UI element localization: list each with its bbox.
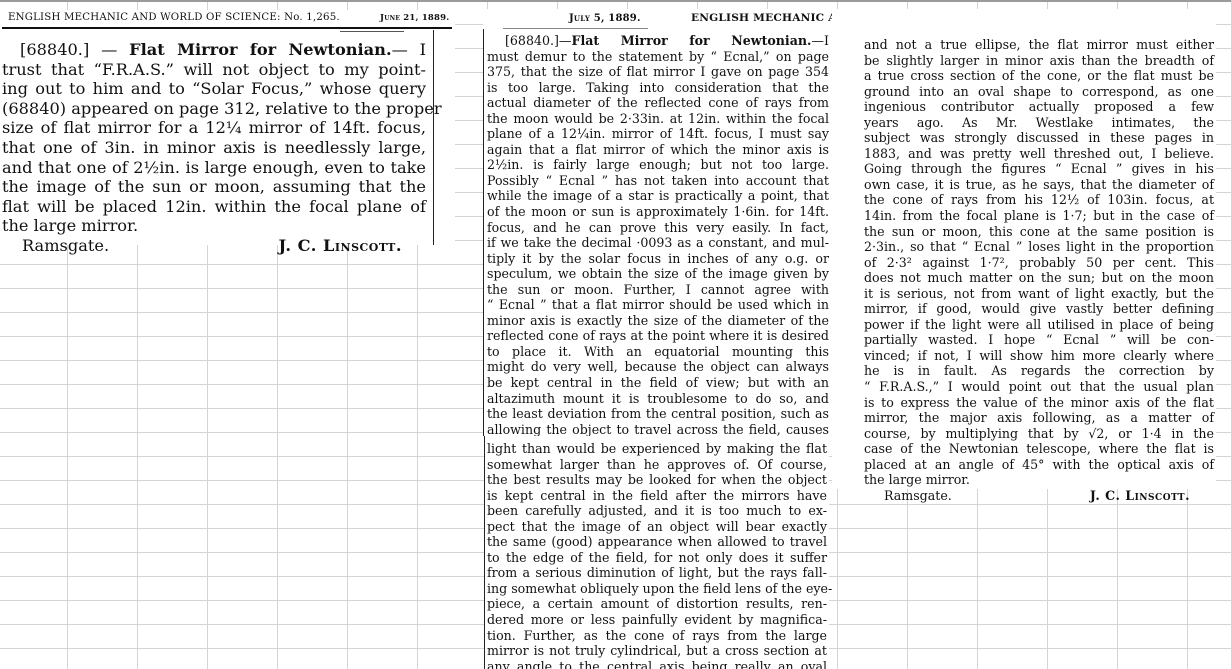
column-divider <box>483 29 484 436</box>
text-line: power if the light were all utilised in … <box>864 317 1214 333</box>
text-line: 2½in. is fairly large enough; but not to… <box>487 157 829 173</box>
text-line: light than would be experienced by makin… <box>487 441 827 457</box>
text-line: tion. Further, as the cone of rays from … <box>487 628 827 644</box>
text-line: while the image of a star is practically… <box>487 188 829 204</box>
text-line: the sun or moon. Further, I cannot agree… <box>487 282 829 298</box>
text-line: dered more or less painfully evident by … <box>487 612 827 628</box>
text-line: 14in. from the focal plane is 1·7; but i… <box>864 208 1214 224</box>
text-line: a true cross section of the cone, or the… <box>864 68 1214 84</box>
letter-number: [68840.] — <box>20 40 129 59</box>
issue-date: July 5, 1889. <box>569 13 641 24</box>
text-line: ingenious contributor actually proposed … <box>864 99 1214 115</box>
newspaper-clipping-july-5-part-2: light than would be experienced by makin… <box>484 436 829 669</box>
text-line: been carefully adjusted, and it is too m… <box>487 503 827 519</box>
text-line: subject was strongly discussed in these … <box>864 130 1214 146</box>
text-line: reflected cone of rays at the point wher… <box>487 328 829 344</box>
window-top-border <box>0 0 1231 2</box>
sender-location: Ramsgate. <box>2 236 109 256</box>
text-line: the moon would be 2·33in. at 12in. withi… <box>487 111 829 127</box>
text-line: mirror, if good, would give vastly bette… <box>864 301 1214 317</box>
header-rule <box>503 28 648 29</box>
text-line: vinced; if not, I will show him more cle… <box>864 348 1214 364</box>
newspaper-clipping-june-21: ENGLISH MECHANIC AND WORLD OF SCIENCE: N… <box>0 10 455 245</box>
text-line: again that a flat mirror of which the mi… <box>487 142 829 158</box>
text-line: to place it. With an equatorial mounting… <box>487 344 829 360</box>
text-line: “ F.R.A.S.,” I would point out that the … <box>864 379 1214 395</box>
letter-number: [68840.]— <box>505 33 572 48</box>
text-line: be kept central in the field of view; bu… <box>487 375 829 391</box>
text-line: somewhat larger than he approves of. Of … <box>487 457 827 473</box>
text-line: and that one of 2½in. is large enough, e… <box>2 158 426 178</box>
text-line: might do very well, because the object c… <box>487 359 829 375</box>
sender-name: J. C. Linscott. <box>278 236 426 256</box>
text-line: case of the Newtonian telescope, where t… <box>864 441 1214 457</box>
text-line: is to express the value of the minor axi… <box>864 395 1214 411</box>
text-line: size of flat mirror for a 12¼ mirror of … <box>2 118 426 138</box>
text-line: tiply it by the solar focus in inches of… <box>487 251 829 267</box>
text-line: is kept central in the field after the m… <box>487 488 827 504</box>
text-line: years ago. As Mr. Westlake intimates, th… <box>864 115 1214 131</box>
text-line: any angle to the central axis being real… <box>487 659 827 669</box>
column-divider <box>484 436 485 669</box>
text-line: the large mirror. <box>2 216 426 236</box>
text-line: and not a true ellipse, the flat mirror … <box>864 37 1214 53</box>
letter-body: [68840.]—Flat Mirror for Newtonian.—I mu… <box>487 33 829 453</box>
text-line: altazimuth mount it is troublesome to do… <box>487 391 829 407</box>
text-line: focus, and he can prove this very easily… <box>487 220 829 236</box>
text-line: the sun or moon, this cone at the same p… <box>864 224 1214 240</box>
text-line: mirror, the major axis following, as a m… <box>864 410 1214 426</box>
text-line: ing out to him and to “Solar Focus,” who… <box>2 79 426 99</box>
text-line: that one of 3in. in minor axis is needle… <box>2 138 426 158</box>
text-line: of 2·3² against 1·7², probably 50 per ce… <box>864 255 1214 271</box>
text-line: ing somewhat obliquely upon the field le… <box>487 581 827 597</box>
text-line: it is serious, not from want of light ex… <box>864 286 1214 302</box>
text-line: 2·3in., so that “ Ecnal ” loses light in… <box>864 239 1214 255</box>
text-line: be slightly larger in minor axis than th… <box>864 53 1214 69</box>
header-rule <box>2 27 452 29</box>
text-line: is too large. Taking into consideration … <box>487 80 829 96</box>
text-line: “ Ecnal ” that a flat mirror should be u… <box>487 297 829 313</box>
text-line: Going through the figures “ Ecnal ” give… <box>864 161 1214 177</box>
letter-title: Flat Mirror for Newtonian. <box>129 40 391 59</box>
sender-name: J. C. Linscott. <box>1090 488 1214 504</box>
header-rule-fragment <box>340 31 404 32</box>
text-line: placed at an angle of 45° with the optic… <box>864 457 1214 473</box>
text-line: 1883, and was pretty well threshed out, … <box>864 146 1214 162</box>
text-line: own case, it is true, as he says, that t… <box>864 177 1214 193</box>
letter-body-continued: and not a true ellipse, the flat mirror … <box>864 37 1214 503</box>
text-line: from a serious diminution of light, but … <box>487 565 827 581</box>
signature-line: Ramsgate. J. C. Linscott. <box>864 488 1214 504</box>
text-line: the image of the sun or moon, assuming t… <box>2 177 426 197</box>
text-line: does not much matter on the sun; but on … <box>864 270 1214 286</box>
text-line: course, by multiplying that by √2, or 1·… <box>864 426 1214 442</box>
text-line: (68840) appeared on page 312, relative t… <box>2 99 426 119</box>
text-line: ground into an oval shape to correspond,… <box>864 84 1214 100</box>
text-line: the large mirror. <box>864 472 1214 488</box>
text-line: of the moon or sun is approximately 1·6i… <box>487 204 829 220</box>
text-line: allowing the object to travel across the… <box>487 422 829 438</box>
text-line: if we take the decimal ·0093 as a consta… <box>487 235 829 251</box>
text-line: must demur to the statement by “ Ecnal,”… <box>487 49 829 65</box>
newspaper-clipping-july-5-part-1: July 5, 1889. ENGLISH MECHANIC AND WORLD… <box>483 9 833 436</box>
text-line: piece, a certain amount of distortion re… <box>487 596 827 612</box>
text-line: the cone of rays from his 12½ of 103in. … <box>864 192 1214 208</box>
sender-location: Ramsgate. <box>864 488 952 504</box>
newspaper-clipping-july-5-part-3: and not a true ellipse, the flat mirror … <box>832 9 1216 489</box>
text-line: the best results may be looked for when … <box>487 472 827 488</box>
text-line: to the edge of the field, for not only d… <box>487 550 827 566</box>
letter-heading: [68840.] — Flat Mirror for Newtonian.— I <box>2 40 426 60</box>
text-line: plane of a 12¼in. mirror of 14ft. focus,… <box>487 126 829 142</box>
text-line: trust that “F.R.A.S.” will not object to… <box>2 60 426 80</box>
text-line: the same (good) appearance when allowed … <box>487 534 827 550</box>
letter-title: Flat Mirror for Newtonian. <box>572 33 812 48</box>
text-line: mirror is not truly cylindrical, but a c… <box>487 643 827 659</box>
signature-line: Ramsgate. J. C. Linscott. <box>2 236 426 256</box>
text-line: partially wasted. I hope “ Ecnal ” will … <box>864 332 1214 348</box>
column-divider <box>433 30 434 245</box>
text-line: 375, that the size of flat mirror I gave… <box>487 64 829 80</box>
letter-body-continued: light than would be experienced by makin… <box>487 441 827 669</box>
text-line: flat will be placed 12in. within the foc… <box>2 197 426 217</box>
text-line: speculum, we obtain the size of the imag… <box>487 266 829 282</box>
letter-body: [68840.] — Flat Mirror for Newtonian.— I… <box>2 40 426 256</box>
text-line: Possibly “ Ecnal ” has not taken into ac… <box>487 173 829 189</box>
text-line: actual diameter of the reflected cone of… <box>487 95 829 111</box>
text-line: pect that the image of an object will be… <box>487 519 827 535</box>
letter-heading: [68840.]—Flat Mirror for Newtonian.—I <box>487 33 829 49</box>
text-line: the least deviation from the central pos… <box>487 406 829 422</box>
text-line: he is in fault. As regards the correctio… <box>864 363 1214 379</box>
text-line: minor axis is exactly the size of the di… <box>487 313 829 329</box>
issue-date: June 21, 1889. <box>380 13 449 23</box>
masthead: ENGLISH MECHANIC AND WORLD OF SCIENCE: N… <box>8 12 340 23</box>
